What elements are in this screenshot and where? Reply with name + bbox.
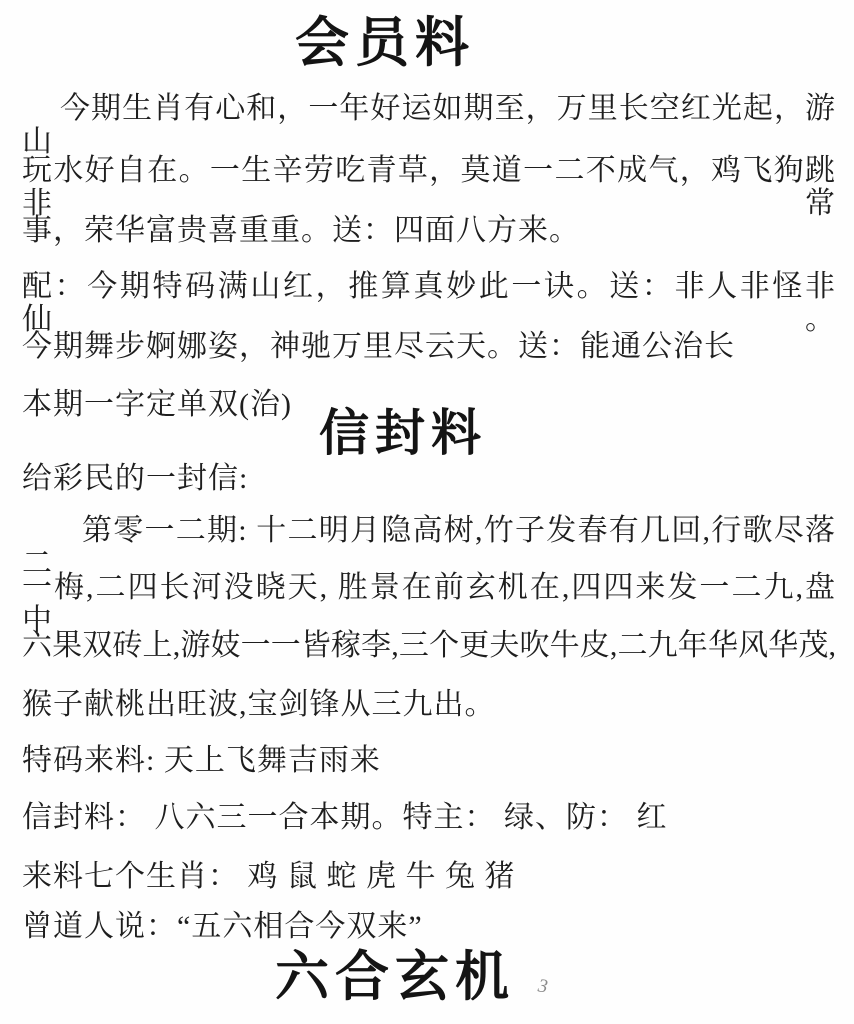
member-text-line: 配：今期特码满山红，推算真妙此一诀。送：非人非怪非仙。: [22, 270, 836, 336]
zodiac-line: 来料七个生肖： 鸡 鼠 蛇 虎 牛 兔 猪: [22, 860, 836, 893]
member-text-line: 玩水好自在。一生辛劳吃青草，莫道一二不成气，鸡飞狗跳非常: [22, 154, 836, 220]
envelope-section-title: 信封料: [0, 408, 854, 458]
envelope-letter-line: 一梅,二四长河没晓天, 胜景在前玄机在,四四来发一二九,盘中: [22, 571, 836, 637]
bottom-section-title: 六合玄机: [0, 950, 854, 1004]
member-text-line: 今期舞步婀娜姿，神驰万里尽云天。送：能通公治长: [22, 330, 836, 363]
envelope-color-line: 信封料： 八六三一合本期。特主： 绿、防： 红: [22, 801, 836, 834]
member-section-title: 会员料: [0, 16, 854, 70]
envelope-letter-line: 六果双砖上,游妓一一皆稼李,三个更夫吹牛皮,二九年华风华茂,: [22, 629, 836, 662]
scanned-document-page: 会员料 今期生肖有心和，一年好运如期至，万里长空红光起，游山 玩水好自在。一生辛…: [0, 0, 854, 1024]
special-code-line: 特码来料: 天上飞舞吉雨来: [22, 744, 836, 777]
master-quote-line: 曾道人说：“五六相合今双来”: [22, 910, 836, 943]
envelope-letter-line: 猴子献桃出旺波,宝剑锋从三九出。: [22, 688, 836, 721]
member-text-line: 今期生肖有心和，一年好运如期至，万里长空红光起，游山: [22, 92, 836, 158]
envelope-intro-line: 给彩民的一封信:: [22, 462, 836, 495]
member-text-line: 事，荣华富贵喜重重。送：四面八方来。: [22, 214, 836, 247]
